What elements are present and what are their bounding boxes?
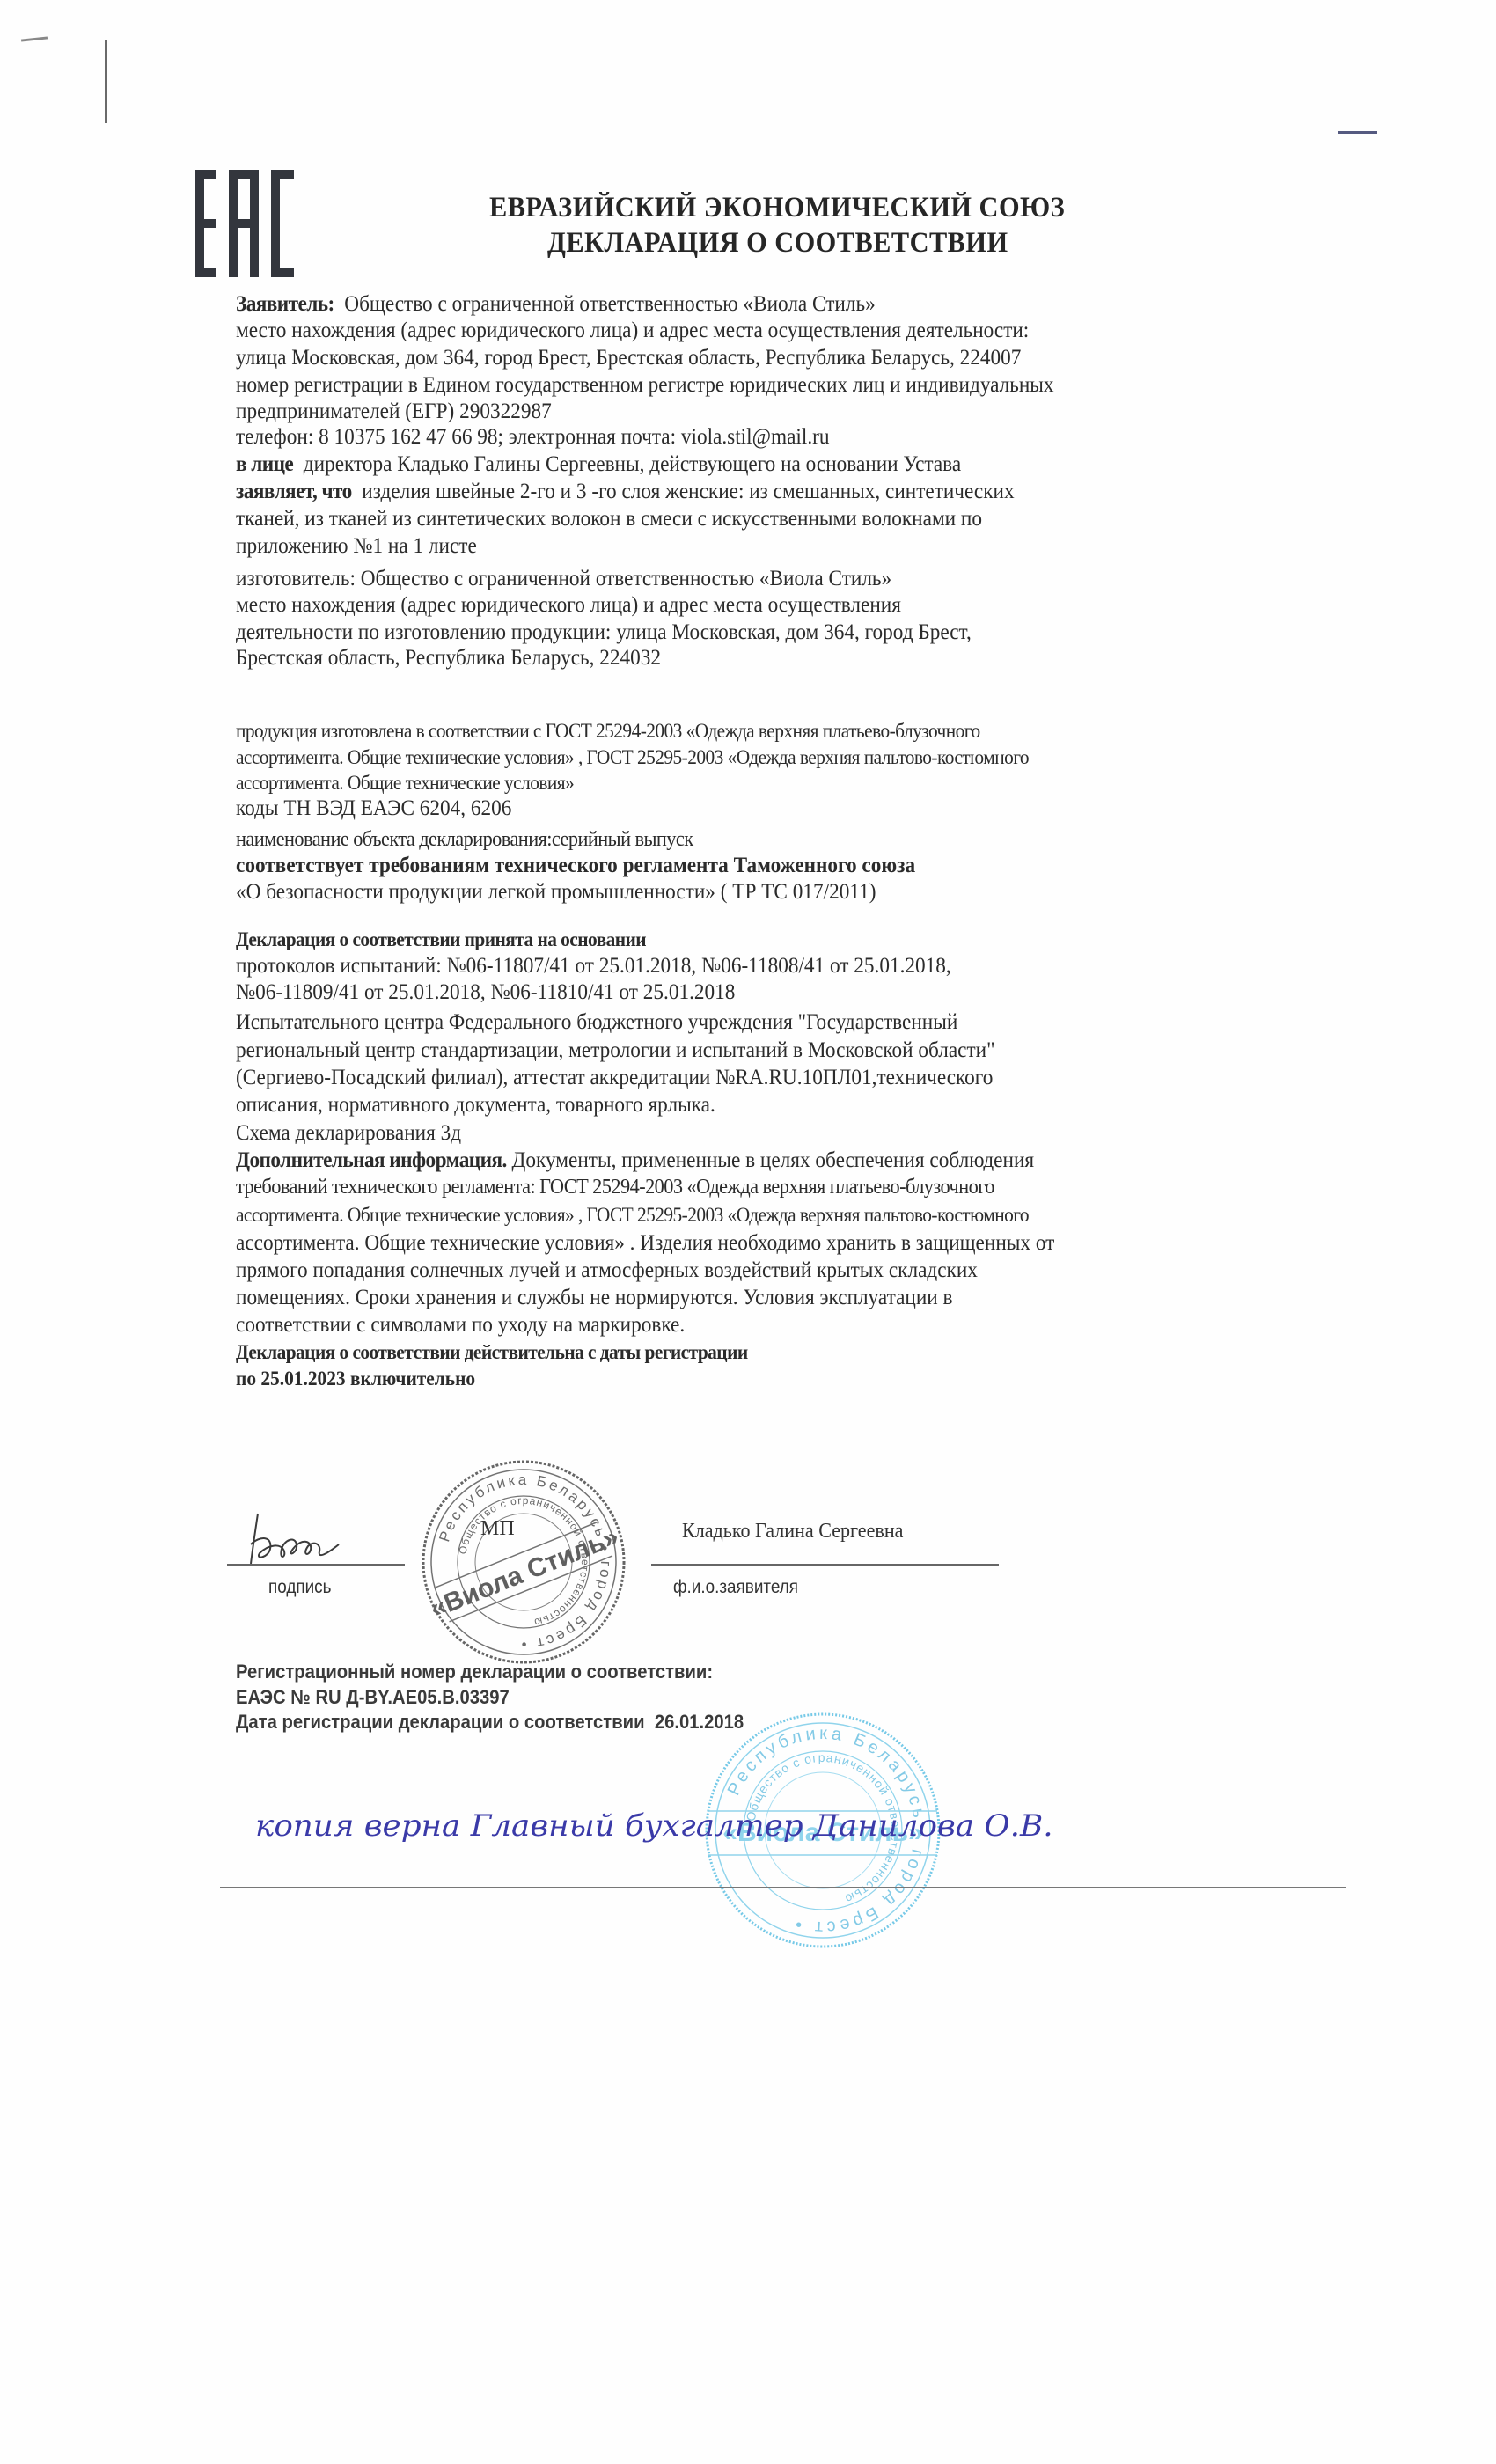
manufacturer-line-1: изготовитель: Общество с ограниченной от…: [236, 565, 891, 592]
additional-line-1: Дополнительная информация. Документы, пр…: [236, 1147, 1034, 1174]
standards-line-1: продукция изготовлена в соответствии с Г…: [236, 717, 980, 744]
applicant-name-line: [651, 1564, 999, 1566]
scan-artifact-line: [105, 40, 107, 123]
additional-line-2: требований технического регламента: ГОСТ…: [236, 1174, 994, 1201]
applicant-full-name: Кладько Галина Сергеевна: [682, 1520, 903, 1544]
declares-line-3: приложению №1 на 1 листе: [236, 532, 477, 560]
validity-line-1: Декларация о соответствии действительна …: [236, 1338, 748, 1366]
basis-line-2: №06-11809/41 от 25.01.2018, №06-11810/41…: [236, 979, 735, 1006]
title-line-2: ДЕКЛАРАЦИЯ О СООТВЕТСТВИИ: [547, 227, 1008, 260]
additional-label: Дополнительная информация.: [236, 1148, 507, 1172]
bottom-rule: [220, 1887, 1346, 1888]
validity-line-2: по 25.01.2023 включительно: [236, 1365, 475, 1392]
declares-label: заявляет, что: [236, 480, 352, 503]
additional-line-7: соответствии с символами по уходу на мар…: [236, 1311, 685, 1338]
basis-heading: Декларация о соответствии принята на осн…: [236, 926, 646, 953]
handwritten-certification: копия верна Главный бухгалтер Данилова О…: [255, 1808, 1053, 1844]
stamp-mark-label: МП: [480, 1517, 515, 1541]
applicant-reg-1: номер регистрации в Едином государственн…: [236, 371, 1054, 399]
applicant-person-line: в лице директора Кладько Галины Сергеевн…: [236, 451, 961, 478]
company-stamp: Республика Беларусь • город Брест • Обще…: [418, 1456, 629, 1668]
applicant-signature: [233, 1509, 409, 1571]
declares-text: изделия швейные 2-го и 3 -го слоя женски…: [362, 480, 1014, 503]
registration-date-line: Дата регистрации декларации о соответств…: [236, 1711, 744, 1734]
standards-codes: коды ТН ВЭД ЕАЭС 6204, 6206: [236, 795, 511, 822]
applicant-address-2: улица Московская, дом 364, город Брест, …: [236, 344, 1021, 371]
standards-line-3: ассортимента. Общие технические условия»: [236, 769, 574, 796]
manufacturer-line-2: место нахождения (адрес юридического лиц…: [236, 591, 901, 619]
basis-line-4: региональный центр стандартизации, метро…: [236, 1037, 995, 1064]
additional-line-5: прямого попадания солнечных лучей и атмо…: [236, 1257, 978, 1284]
person-label: в лице: [236, 452, 293, 476]
declaration-scheme: Схема декларирования 3д: [236, 1119, 461, 1147]
manufacturer-line-3: деятельности по изготовлению продукции: …: [236, 619, 972, 646]
person-text: директора Кладько Галины Сергеевны, дейс…: [304, 452, 961, 476]
declares-line-2: тканей, из тканей из синтетических волок…: [236, 505, 982, 532]
basis-line-6: описания, нормативного документа, товарн…: [236, 1091, 715, 1118]
signature-caption: подпись: [268, 1577, 331, 1598]
eac-logo-icon: [195, 170, 296, 277]
additional-line-6: помещениях. Сроки хранения и службы не н…: [236, 1284, 953, 1311]
registration-date-label: Дата регистрации декларации о соответств…: [236, 1711, 645, 1733]
additional-line-4: ассортимента. Общие технические условия»…: [236, 1229, 1054, 1257]
scan-artifact-dash-right: [1338, 131, 1377, 134]
compliance-line-1: соответствует требованиям технического р…: [236, 852, 915, 879]
standards-line-2: ассортимента. Общие технические условия»…: [236, 744, 1029, 771]
basis-line-3: Испытательного центра Федерального бюдже…: [236, 1008, 957, 1036]
applicant-contacts: телефон: 8 10375 162 47 66 98; электронн…: [236, 423, 830, 451]
compliance-line-2: «О безопасности продукции легкой промышл…: [236, 878, 876, 906]
basis-line-5: (Сергиево-Посадский филиал), аттестат ак…: [236, 1064, 993, 1091]
manufacturer-line-4: Брестская область, Республика Беларусь, …: [236, 644, 661, 671]
basis-line-1: протоколов испытаний: №06-11807/41 от 25…: [236, 952, 951, 979]
additional-line-3: ассортимента. Общие технические условия»…: [236, 1201, 1029, 1228]
applicant-name: Общество с ограниченной ответственностью…: [344, 292, 875, 316]
additional-text-1: Документы, примененные в целях обеспечен…: [507, 1148, 1034, 1172]
applicant-name-caption: ф.и.о.заявителя: [673, 1577, 798, 1598]
title-line-1: ЕВРАЗИЙСКИЙ ЭКОНОМИЧЕСКИЙ СОЮЗ: [489, 192, 1065, 224]
declares-line-1: заявляет, что изделия швейные 2-го и 3 -…: [236, 478, 1015, 505]
applicant-label: Заявитель:: [236, 292, 334, 316]
declaration-object: наименование объекта декларирования:сери…: [236, 826, 693, 854]
declaration-page: ЕВРАЗИЙСКИЙ ЭКОНОМИЧЕСКИЙ СОЮЗ ДЕКЛАРАЦИ…: [0, 0, 1496, 2464]
registration-number-label: Регистрационный номер декларации о соотв…: [236, 1661, 713, 1683]
signature-line: [227, 1564, 405, 1566]
scan-artifact-dash: [21, 36, 48, 41]
applicant-reg-2: предпринимателей (ЕГР) 290322987: [236, 398, 552, 425]
applicant-line: Заявитель: Общество с ограниченной ответ…: [236, 290, 876, 318]
registration-number: ЕАЭС № RU Д-BY.АЕ05.В.03397: [236, 1686, 510, 1709]
applicant-address-1: место нахождения (адрес юридического лиц…: [236, 317, 1029, 344]
